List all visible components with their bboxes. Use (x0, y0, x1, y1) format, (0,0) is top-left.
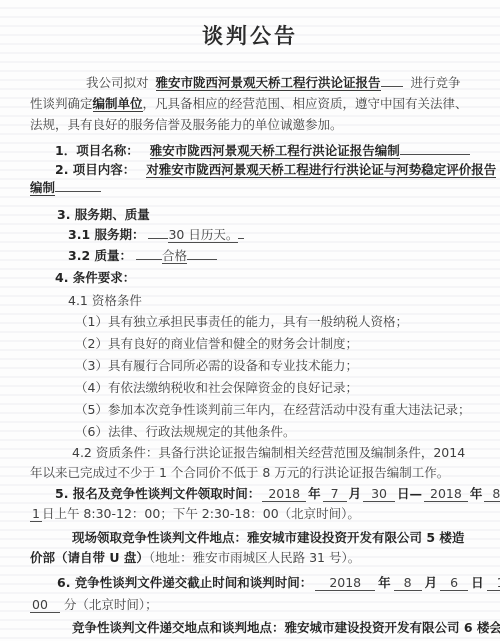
blank-line (400, 143, 470, 155)
service-period-row: 3.1 服务期： 30 日历天。 (30, 225, 470, 245)
blank-line (148, 227, 168, 239)
deadline-minute: 00 (30, 597, 60, 613)
pickup-location-address: （地址：雅安市雨城区人民路 31 号）。 (149, 550, 360, 565)
project-content-label: 2. 项目内容： (55, 162, 135, 177)
condition-item: （5）参加本次竞争性谈判前三年内，在经营活动中没有重大违法记录； (30, 399, 470, 421)
blank-line (381, 75, 403, 87)
project-content-row: 2. 项目内容： 对雅安市陇西河景观天桥工程进行行洪论证与河势稳定评价报告 (30, 161, 470, 180)
deadline-year: 2018 (315, 575, 375, 591)
project-name-label: 1．项目名称： (55, 143, 139, 158)
project-name-row: 1．项目名称： 雅安市陇西河景观天桥工程行洪论证报告编制 (30, 142, 470, 161)
intro-blank-project-name: 雅安市陇西河景观天桥工程行洪论证报告 (156, 75, 381, 91)
registration-year-end: 2018 (424, 486, 468, 502)
quality-label: 3.2 质量： (68, 248, 132, 263)
deadline-day: 6 (440, 575, 468, 591)
submission-location-value: 雅安城市建设投资开发有限公司 6 楼会议室 (285, 620, 500, 635)
registration-day-start: 30 (363, 486, 395, 502)
submission-location-row: 竞争性谈判文件递交地点和谈判地点：雅安城市建设投资开发有限公司 6 楼会议室 (30, 618, 470, 638)
project-content-value-line1: 对雅安市陇西河景观天桥工程进行行洪论证与河势稳定评价报告 (146, 162, 496, 178)
requirements-heading: 4. 条件要求： (30, 268, 470, 288)
quality-value: 合格 (162, 248, 187, 264)
blank-line (55, 180, 101, 192)
condition-item: （2）具有良好的商业信誉和健全的财务会计制度； (30, 333, 470, 355)
intro-paragraph: 我公司拟对雅安市陇西河景观天桥工程行洪论证报告进行竞争性谈判确定编制单位，凡具备… (30, 72, 470, 135)
condition-item: （3）具有履行合同所必需的设备和专业技术能力； (30, 355, 470, 377)
service-period-value: 30 日历天。 (168, 227, 238, 243)
condition-item: （1）具有独立承担民事责任的能力，具有一般纳税人资格； (30, 311, 470, 333)
project-content-continuation: 编制 (30, 179, 470, 198)
intro-blank-unit: 编制单位 (93, 96, 143, 112)
registration-year-start: 2018 (262, 486, 306, 502)
registration-day-end: 1 (30, 506, 42, 522)
pickup-location-paragraph: 现场领取竞争性谈判文件地点：雅安城市建设投资开发有限公司 5 楼造价部（请自带 … (30, 528, 470, 568)
blank-line (136, 248, 162, 260)
qualification-subheading: 4.1 资格条件 (30, 291, 470, 311)
credential-condition-paragraph: 4.2 资质条件：具备行洪论证报告编制相关经营范围及编制条件，2014 年以来已… (30, 443, 470, 483)
condition-item: （4）有依法缴纳税收和社会保障资金的良好记录； (30, 377, 470, 399)
deadline-month: 8 (394, 575, 422, 591)
deadline-label: 6. 竞争性谈判文件递交截止时间和谈判时间： (57, 575, 312, 590)
condition-item: （6）法律、行政法规规定的其他条件。 (30, 421, 470, 443)
service-period-label: 3.1 服务期： (68, 227, 145, 242)
registration-month-start: 7 (323, 486, 347, 502)
intro-lead: 我公司拟对 (86, 75, 149, 90)
registration-month-end: 8 (484, 486, 500, 502)
deadline-continuation: 00分（北京时间）； (30, 594, 470, 616)
project-name-value: 雅安市陇西河景观天桥工程行洪论证报告编制 (150, 143, 400, 159)
registration-time-row: 5. 报名及竞争性谈判文件领取时间：2018年7月30日—2018年8月 (30, 484, 470, 504)
registration-time-label: 5. 报名及竞争性谈判文件领取时间： (55, 486, 260, 501)
document-page: 谈判公告 我公司拟对雅安市陇西河景观天桥工程行洪论证报告进行竞争性谈判确定编制单… (0, 0, 500, 641)
deadline-row: 6. 竞争性谈判文件递交截止时间和谈判时间：2018年8月6日15时 (30, 572, 470, 594)
page-title: 谈判公告 (30, 20, 470, 50)
quality-row: 3.2 质量： 合格 (30, 246, 470, 266)
registration-time-continuation: 1日上午 8:30-12：00；下午 2:30-18：00（北京时间）。 (30, 504, 470, 524)
blank-line (187, 248, 217, 260)
deadline-hour: 15 (487, 575, 500, 591)
blank-line (238, 227, 244, 239)
project-content-value-line2: 编制 (30, 180, 55, 196)
service-quality-heading: 3. 服务期、质量 (30, 205, 470, 224)
submission-location-label: 竞争性谈判文件递交地点和谈判地点： (72, 620, 285, 635)
